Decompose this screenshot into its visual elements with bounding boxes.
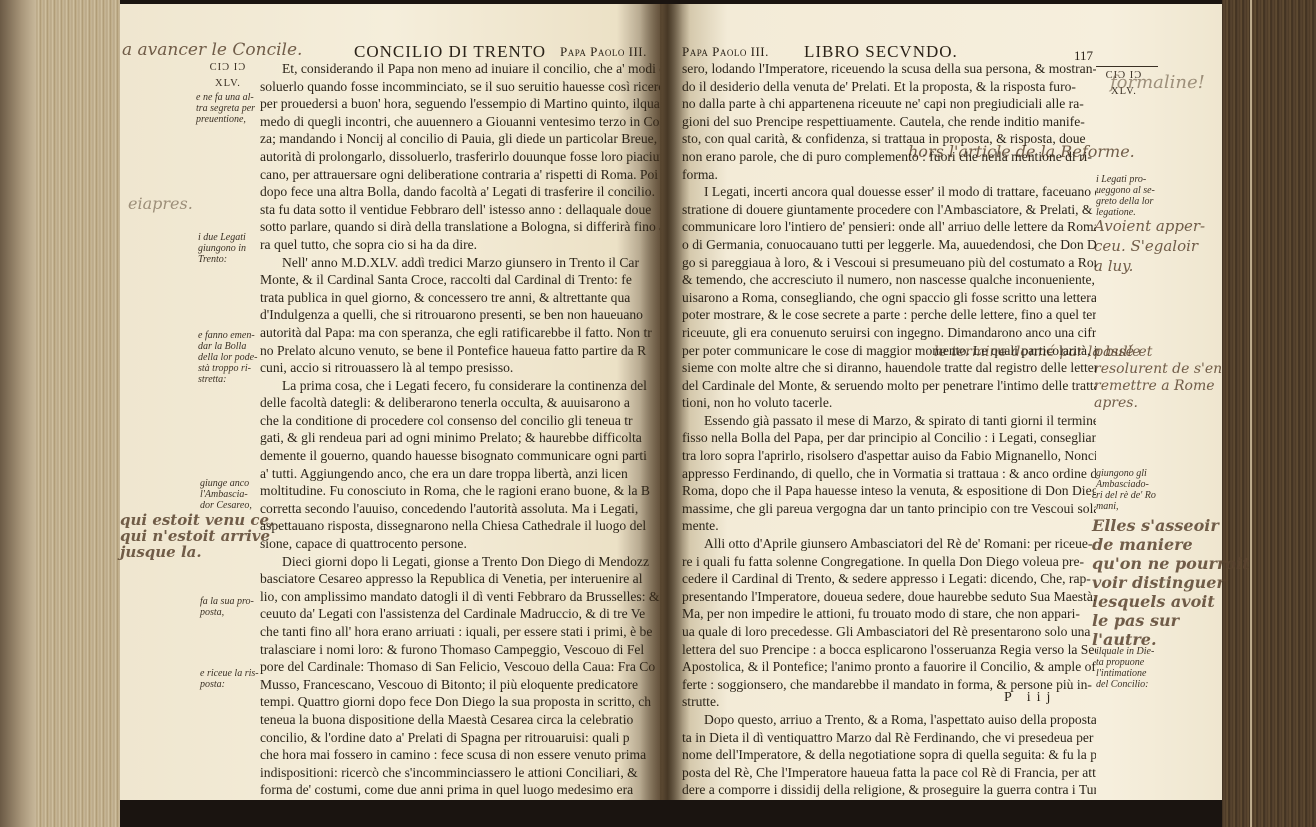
left-marginal-note-2: i due Legati giungono in Trento:	[198, 232, 246, 265]
left-page-body: Et, considerando il Papa non meno ad inu…	[260, 60, 660, 817]
left-cover	[0, 0, 36, 827]
text-line: pore del Cardinale: Thomaso di San Felic…	[260, 658, 660, 676]
text-line: communicare loro l'intiero de' pensieri:…	[682, 218, 1096, 236]
right-page: Papa Paolo III. LIBRO SECVNDO. 117 CIƆ I…	[660, 4, 1222, 800]
text-line: che la conditione di procedere col conse…	[260, 412, 660, 430]
text-line: lettera del suo Prencipe : a bocca espli…	[682, 641, 1096, 659]
text-line: & temendo, che accresciuto il numero, no…	[682, 271, 1096, 289]
text-line: per prouedersi a buon' hora, seguendo l'…	[260, 95, 660, 113]
text-line: sta fu data sotto il ventidue Febbraro d…	[260, 201, 660, 219]
text-line: do il desiderio della venuta de' Prelati…	[682, 78, 1096, 96]
text-line: tioni, non ho voluto tacerle.	[682, 394, 1096, 412]
text-line: ra quel tutto, che sopra cio si ha da di…	[260, 236, 660, 254]
text-line: o di Germania, conuocauano tutti per leg…	[682, 236, 1096, 254]
text-line: dopo fece una altra Bolla, dando facoltà…	[260, 183, 660, 201]
text-line: ua quale di loro precedesse. Gli Ambasci…	[682, 623, 1096, 641]
text-line: posta del Rè, Che l'Imperatore haueua fa…	[682, 764, 1096, 782]
text-line: forma de' costumi, come due anni prima i…	[260, 781, 660, 799]
text-line: dere a comporre i dissidij della religio…	[682, 781, 1096, 799]
left-page: CONCILIO DI TRENTO Papa Paolo III. CIƆ I…	[120, 4, 660, 800]
text-line: trata publica in quel giorno, & concesse…	[260, 289, 660, 307]
text-line: fisso nella Bolla del Papa, per dar prin…	[682, 429, 1096, 447]
left-marginal-note-4: giunge anco l'Ambascia- dor Cesareo,	[200, 478, 252, 511]
text-line: stratione di douere giuntamente proceder…	[682, 201, 1096, 219]
left-marginal-note-6: e riceue la ris- posta:	[200, 668, 259, 690]
text-line: Musso, Francescano, Vescouo di Bitonto; …	[260, 676, 660, 694]
text-line: soluerlo quando fosse incomminciato, se …	[260, 78, 660, 96]
text-line: tempi. Quattro giorni dopo fece Don Dieg…	[260, 693, 660, 711]
text-line: sero, lodando l'Imperatore, riceuendo la…	[682, 60, 1096, 78]
text-line: presentando l'Imperatore, doueua sedere,…	[682, 588, 1096, 606]
text-line: ceuuto da' Legati con l'assistenza del C…	[260, 605, 660, 623]
text-line: non erano parole, che di puro complement…	[682, 148, 1096, 166]
text-line: poter mostrare, & le cose secrete a part…	[682, 306, 1096, 324]
text-line: indispositioni: ricercò che s'incomminci…	[260, 764, 660, 782]
text-line: che tanti fino all' hora erano arriuati …	[260, 623, 660, 641]
right-handwritten-note-6: Elles s'asseoir de maniere qu'on ne pour…	[1092, 516, 1249, 649]
text-line: sto, con qual carità, & confidenza, si t…	[682, 130, 1096, 148]
text-line: delle facoltà dategli: & deliberarono te…	[260, 394, 660, 412]
text-line: sieme con molte altre che si diranno, ha…	[682, 359, 1096, 377]
right-handwritten-note-5: passé et resolurent de s'en remettre a R…	[1094, 344, 1222, 412]
left-handwritten-note-3: qui estoit venu ce, qui n'estoit arrive …	[120, 512, 274, 560]
text-line: d'Indulgenza a quelli, che si ritrouaron…	[260, 306, 660, 324]
text-line: ta in Dieta il dì ventiquattro Marzo dal…	[682, 729, 1096, 747]
left-page-edges	[0, 0, 120, 827]
text-line: teneua la buona dispositione della Maest…	[260, 711, 660, 729]
left-marginal-note-1: e ne fa una al- tra segreta per preuenti…	[196, 92, 255, 125]
year-roman-1: CIƆ IƆ	[200, 60, 256, 76]
text-line: I Legati, incerti ancora qual douesse es…	[682, 183, 1096, 201]
text-line: no Prelato alcuno venuto, se bene il Pon…	[260, 342, 660, 360]
right-marginal-note-2: giungono gli Ambasciado- ri del rè de' R…	[1096, 468, 1156, 512]
text-line: riceuute, gli era conuenuto seruirsi con…	[682, 324, 1096, 342]
text-line: concilio, & l'ordine dato a' Prelati di …	[260, 729, 660, 747]
text-line: nome dell'Imperatore, & della negotiatio…	[682, 746, 1096, 764]
text-line: cedere il Cardinal di Trento, & sedere a…	[682, 570, 1096, 588]
text-line: mente.	[682, 517, 1096, 535]
text-line: Alli otto d'Aprile giunsero Ambasciatori…	[682, 535, 1096, 553]
text-line: cano, per attrauersare ogni deliberation…	[260, 166, 660, 184]
text-line: del Cardinale del Monte, & seruendo molt…	[682, 377, 1096, 395]
text-line: moltitudine. Fu conosciuto in Roma, che …	[260, 482, 660, 500]
text-line: sotto parlare, quando si dirà della tran…	[260, 218, 660, 236]
text-line: appresso Ferdinando, di quello, che in V…	[682, 465, 1096, 483]
left-handwritten-note-1: a avancer le Concile.	[122, 40, 302, 60]
right-running-head-pope: Papa Paolo III.	[682, 44, 769, 60]
left-handwritten-note-2: eiapres.	[128, 194, 193, 213]
left-year-margin: CIƆ IƆ XLV.	[200, 60, 256, 92]
text-line: tra loro sopra l'aprirlo, risolsero d'as…	[682, 447, 1096, 465]
left-marginal-note-3: e fanno emen- dar la Bolla della lor pod…	[198, 330, 257, 385]
right-marginal-note-3: ilquale in Die- ta propuone l'intimation…	[1096, 646, 1154, 690]
text-line: no dalla parte à chi appartenena riceuut…	[682, 95, 1096, 113]
text-line: Dopo questo, arriuo a Trento, & a Roma, …	[682, 711, 1096, 729]
signature-mark: P iij	[1004, 690, 1056, 706]
text-line: autorità di prolongarlo, dissoluerlo, tr…	[260, 148, 660, 166]
right-marginal-note-1: i Legati pro- ueggono al se- greto della…	[1096, 174, 1155, 218]
left-running-head-pope: Papa Paolo III.	[560, 44, 647, 60]
right-handwritten-note-1: formaline!	[1110, 72, 1205, 93]
text-line: che hora mai fossero in camino : fece sc…	[260, 746, 660, 764]
margin-rule	[1096, 66, 1158, 67]
text-line: cuni, accio si ritrouassero là al tempo …	[260, 359, 660, 377]
text-line: za; mandando i Noncij al concilio di Pau…	[260, 130, 660, 148]
text-line: demente il gouerno, quando hauesse bisog…	[260, 447, 660, 465]
left-marginal-note-5: fa la sua pro- posta,	[200, 596, 254, 618]
text-line: La prima cosa, che i Legati fecero, fu c…	[260, 377, 660, 395]
text-line: gati, & gli rendeua pari ad ogni minimo …	[260, 429, 660, 447]
book-gutter	[640, 4, 690, 800]
text-line: re i quali fu fatta solenne Congregation…	[682, 553, 1096, 571]
text-line: lio, con amplissimo mandato datogli il d…	[260, 588, 660, 606]
bottom-background	[120, 800, 1222, 827]
text-line: medo di quegli incontri, che auuennero a…	[260, 113, 660, 131]
right-running-head-title: LIBRO SECVNDO.	[804, 42, 958, 62]
text-line: Roma, dopo che il Papa hauesse inteso la…	[682, 482, 1096, 500]
text-line: Apostolica, & il Pontefice; l'animo pron…	[682, 658, 1096, 676]
text-line: a' tutti. Aggiungendo anco, che era un d…	[260, 465, 660, 483]
text-line: Ma, per non impedire le attioni, fu trou…	[682, 605, 1096, 623]
right-handwritten-note-3: Avoient apper- ceu. S'egaloir a luy.	[1094, 216, 1205, 276]
text-line: forma.	[682, 166, 1096, 184]
text-line: tralasciare i nomi loro: & furono Thomas…	[260, 641, 660, 659]
left-running-head-title: CONCILIO DI TRENTO	[354, 42, 546, 62]
text-line: Monte, & il Cardinal Santa Croce, raccol…	[260, 271, 660, 289]
text-line: massime, che gli pareua vergogna dar un …	[682, 500, 1096, 518]
text-line: per poter communicare le cose di maggior…	[682, 342, 1096, 360]
page-edge-highlight	[1250, 0, 1252, 827]
text-line: autorità dal Papa: ma con speranza, che …	[260, 324, 660, 342]
text-line: Dieci giorni dopo li Legati, gionse a Tr…	[260, 553, 660, 571]
text-line: corretta secondo l'auuiso, concedendo l'…	[260, 500, 660, 518]
text-line: sione, capace di quattrocento persone.	[260, 535, 660, 553]
text-line: go si pareggiaua à loro, & i Vescoui si …	[682, 254, 1096, 272]
right-page-edges	[1222, 0, 1316, 827]
text-line: aspettauano risposta, dissegnarono nella…	[260, 517, 660, 535]
text-line: Et, considerando il Papa non meno ad inu…	[260, 60, 660, 78]
text-line: gioni del suo Prencipe respettiuamente. …	[682, 113, 1096, 131]
text-line: Nell' anno M.D.XLV. addì tredici Marzo g…	[260, 254, 660, 272]
text-line: Essendo già passato il mese di Marzo, & …	[682, 412, 1096, 430]
text-line: uisarono a Roma, consegliando, che ogni …	[682, 289, 1096, 307]
text-line: basciatore Cesareo appresso la Republica…	[260, 570, 660, 588]
year-roman-2: XLV.	[200, 76, 256, 92]
